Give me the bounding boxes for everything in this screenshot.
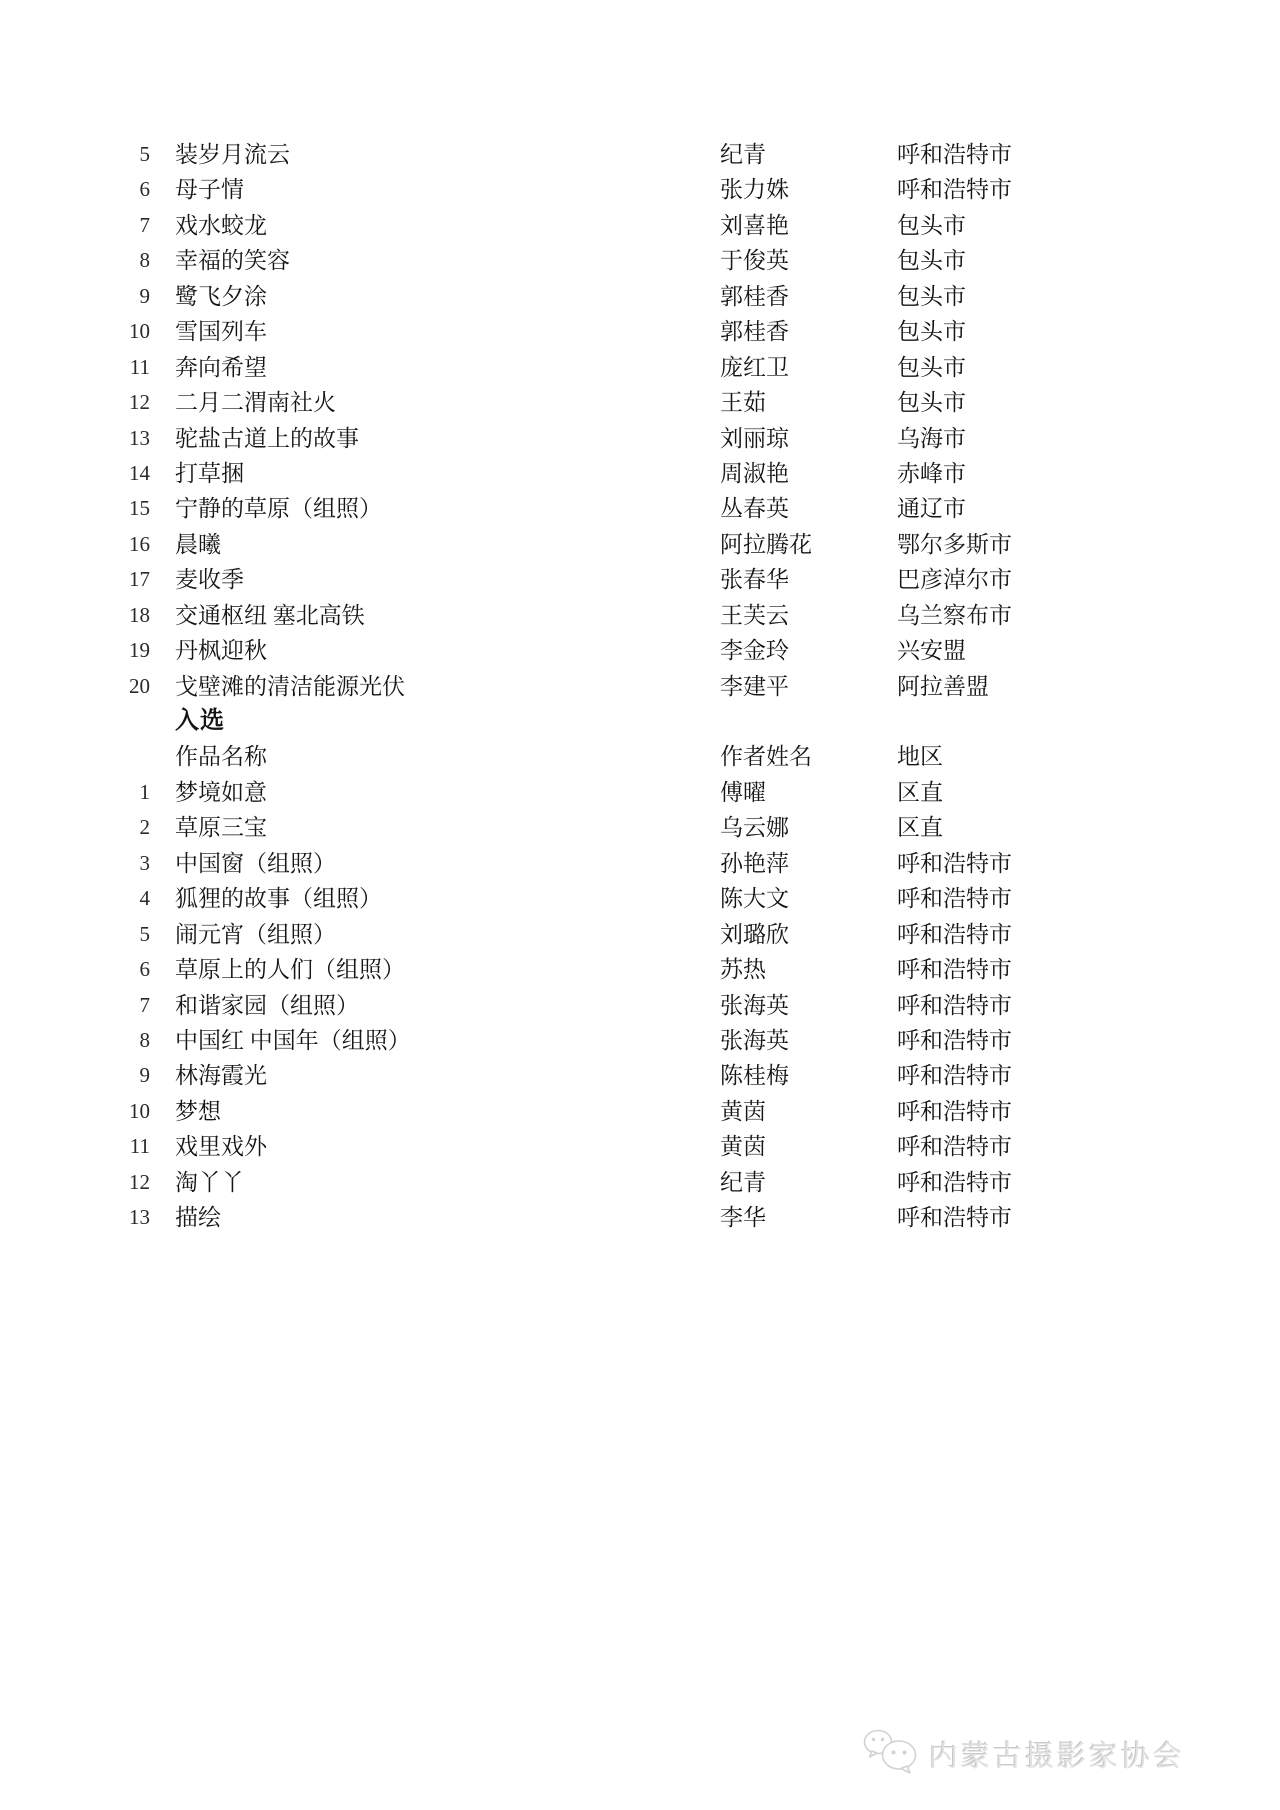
table-header-row: 作品名称 作者姓名 地区 <box>0 739 1280 774</box>
works-list-continued: 5 装岁月流云 纪青 呼和浩特市 6 母子情 张力姝 呼和浩特市 7 戏水蛟龙 … <box>0 137 1280 704</box>
region: 呼和浩特市 <box>897 172 1280 207</box>
author-name: 纪青 <box>720 137 897 172</box>
row-number: 8 <box>0 243 150 278</box>
author-name: 郭桂香 <box>720 314 897 349</box>
table-row: 10 雪国列车 郭桂香 包头市 <box>0 314 1280 349</box>
works-list-selected: 1 梦境如意 傅曜 区直 2 草原三宝 乌云娜 区直 3 中国窗（组照） 孙艳萍… <box>0 775 1280 1236</box>
author-name: 刘喜艳 <box>720 208 897 243</box>
row-number: 10 <box>0 314 150 349</box>
region: 包头市 <box>897 243 1280 278</box>
header-author-name: 作者姓名 <box>720 739 897 774</box>
author-name: 刘丽琼 <box>720 421 897 456</box>
author-name: 张力姝 <box>720 172 897 207</box>
work-title: 中国红 中国年（组照） <box>150 1023 720 1058</box>
row-number: 5 <box>0 137 150 172</box>
author-name: 纪青 <box>720 1165 897 1200</box>
work-title: 麦收季 <box>150 562 720 597</box>
work-title: 二月二渭南社火 <box>150 385 720 420</box>
table-row: 11 戏里戏外 黄茵 呼和浩特市 <box>0 1129 1280 1164</box>
table-row: 12 淘丫丫 纪青 呼和浩特市 <box>0 1165 1280 1200</box>
work-title: 林海霞光 <box>150 1058 720 1093</box>
document-page: 5 装岁月流云 纪青 呼和浩特市 6 母子情 张力姝 呼和浩特市 7 戏水蛟龙 … <box>0 0 1280 1810</box>
row-number: 14 <box>0 456 150 491</box>
author-name: 黄茵 <box>720 1094 897 1129</box>
table-row: 17 麦收季 张春华 巴彦淖尔市 <box>0 562 1280 597</box>
region: 呼和浩特市 <box>897 988 1280 1023</box>
watermark-text: 内蒙古摄影家协会 <box>929 1734 1185 1775</box>
table-row: 10 梦想 黄茵 呼和浩特市 <box>0 1094 1280 1129</box>
row-number: 11 <box>0 350 150 385</box>
row-number: 19 <box>0 633 150 668</box>
row-number: 12 <box>0 385 150 420</box>
table-row: 14 打草捆 周淑艳 赤峰市 <box>0 456 1280 491</box>
author-name: 郭桂香 <box>720 279 897 314</box>
row-number: 2 <box>0 810 150 845</box>
work-title: 闹元宵（组照） <box>150 917 720 952</box>
region: 阿拉善盟 <box>897 669 1280 704</box>
table-row: 5 装岁月流云 纪青 呼和浩特市 <box>0 137 1280 172</box>
row-number: 18 <box>0 598 150 633</box>
author-name: 陈桂梅 <box>720 1058 897 1093</box>
region: 呼和浩特市 <box>897 952 1280 987</box>
author-name: 乌云娜 <box>720 810 897 845</box>
work-title: 驼盐古道上的故事 <box>150 421 720 456</box>
section-heading-selected: 入选 <box>0 704 1280 739</box>
watermark: 内蒙古摄影家协会 <box>863 1729 1185 1780</box>
region: 区直 <box>897 810 1280 845</box>
table-row: 19 丹枫迎秋 李金玲 兴安盟 <box>0 633 1280 668</box>
region: 呼和浩特市 <box>897 1165 1280 1200</box>
work-title: 描绘 <box>150 1200 720 1235</box>
table-row: 16 晨曦 阿拉腾花 鄂尔多斯市 <box>0 527 1280 562</box>
region: 兴安盟 <box>897 633 1280 668</box>
work-title: 交通枢纽 塞北高铁 <box>150 598 720 633</box>
region: 呼和浩特市 <box>897 917 1280 952</box>
wechat-icon <box>863 1729 919 1780</box>
author-name: 李金玲 <box>720 633 897 668</box>
row-number: 7 <box>0 988 150 1023</box>
author-name: 庞红卫 <box>720 350 897 385</box>
row-number: 6 <box>0 952 150 987</box>
table-row: 13 驼盐古道上的故事 刘丽琼 乌海市 <box>0 421 1280 456</box>
region: 呼和浩特市 <box>897 846 1280 881</box>
table-row: 18 交通枢纽 塞北高铁 王芙云 乌兰察布市 <box>0 598 1280 633</box>
author-name: 于俊英 <box>720 243 897 278</box>
author-name: 张海英 <box>720 988 897 1023</box>
table-row: 9 鹭飞夕涂 郭桂香 包头市 <box>0 279 1280 314</box>
table-row: 7 和谐家园（组照） 张海英 呼和浩特市 <box>0 988 1280 1023</box>
table-row: 3 中国窗（组照） 孙艳萍 呼和浩特市 <box>0 846 1280 881</box>
table-row: 2 草原三宝 乌云娜 区直 <box>0 810 1280 845</box>
region: 呼和浩特市 <box>897 1094 1280 1129</box>
table-row: 8 幸福的笑容 于俊英 包头市 <box>0 243 1280 278</box>
author-name: 黄茵 <box>720 1129 897 1164</box>
row-number: 16 <box>0 527 150 562</box>
row-number: 3 <box>0 846 150 881</box>
table-row: 15 宁静的草原（组照） 丛春英 通辽市 <box>0 491 1280 526</box>
row-number: 12 <box>0 1165 150 1200</box>
row-number: 6 <box>0 172 150 207</box>
row-number: 9 <box>0 1058 150 1093</box>
author-name: 李建平 <box>720 669 897 704</box>
region: 呼和浩特市 <box>897 137 1280 172</box>
work-title: 梦想 <box>150 1094 720 1129</box>
row-number: 13 <box>0 1200 150 1235</box>
author-name: 李华 <box>720 1200 897 1235</box>
region: 呼和浩特市 <box>897 1129 1280 1164</box>
work-title: 晨曦 <box>150 527 720 562</box>
row-number: 13 <box>0 421 150 456</box>
table-row: 7 戏水蛟龙 刘喜艳 包头市 <box>0 208 1280 243</box>
author-name: 孙艳萍 <box>720 846 897 881</box>
region: 呼和浩特市 <box>897 1200 1280 1235</box>
table-row: 4 狐狸的故事（组照） 陈大文 呼和浩特市 <box>0 881 1280 916</box>
work-title: 母子情 <box>150 172 720 207</box>
work-title: 奔向希望 <box>150 350 720 385</box>
region: 包头市 <box>897 208 1280 243</box>
work-title: 幸福的笑容 <box>150 243 720 278</box>
author-name: 刘璐欣 <box>720 917 897 952</box>
work-title: 鹭飞夕涂 <box>150 279 720 314</box>
row-number: 17 <box>0 562 150 597</box>
row-number: 8 <box>0 1023 150 1058</box>
region: 呼和浩特市 <box>897 1058 1280 1093</box>
author-name: 丛春英 <box>720 491 897 526</box>
author-name: 陈大文 <box>720 881 897 916</box>
work-title: 装岁月流云 <box>150 137 720 172</box>
work-title: 草原上的人们（组照） <box>150 952 720 987</box>
table-row: 6 草原上的人们（组照） 苏热 呼和浩特市 <box>0 952 1280 987</box>
region: 鄂尔多斯市 <box>897 527 1280 562</box>
author-name: 苏热 <box>720 952 897 987</box>
work-title: 淘丫丫 <box>150 1165 720 1200</box>
table-row: 6 母子情 张力姝 呼和浩特市 <box>0 172 1280 207</box>
table-row: 8 中国红 中国年（组照） 张海英 呼和浩特市 <box>0 1023 1280 1058</box>
author-name: 王芙云 <box>720 598 897 633</box>
region: 包头市 <box>897 350 1280 385</box>
work-title: 戏水蛟龙 <box>150 208 720 243</box>
region: 乌海市 <box>897 421 1280 456</box>
region: 呼和浩特市 <box>897 1023 1280 1058</box>
region: 呼和浩特市 <box>897 881 1280 916</box>
work-title: 宁静的草原（组照） <box>150 491 720 526</box>
table-row: 9 林海霞光 陈桂梅 呼和浩特市 <box>0 1058 1280 1093</box>
region: 包头市 <box>897 314 1280 349</box>
row-number: 15 <box>0 491 150 526</box>
work-title: 狐狸的故事（组照） <box>150 881 720 916</box>
row-number: 7 <box>0 208 150 243</box>
region: 通辽市 <box>897 491 1280 526</box>
region: 赤峰市 <box>897 456 1280 491</box>
work-title: 草原三宝 <box>150 810 720 845</box>
work-title: 丹枫迎秋 <box>150 633 720 668</box>
region: 区直 <box>897 775 1280 810</box>
row-number: 20 <box>0 669 150 704</box>
table-row: 20 戈壁滩的清洁能源光伏 李建平 阿拉善盟 <box>0 669 1280 704</box>
work-title: 中国窗（组照） <box>150 846 720 881</box>
header-region: 地区 <box>897 739 1280 774</box>
author-name: 阿拉腾花 <box>720 527 897 562</box>
table-row: 1 梦境如意 傅曜 区直 <box>0 775 1280 810</box>
table-row: 5 闹元宵（组照） 刘璐欣 呼和浩特市 <box>0 917 1280 952</box>
document-content: 5 装岁月流云 纪青 呼和浩特市 6 母子情 张力姝 呼和浩特市 7 戏水蛟龙 … <box>0 137 1280 1236</box>
row-number: 11 <box>0 1129 150 1164</box>
header-number <box>0 739 150 774</box>
author-name: 王茹 <box>720 385 897 420</box>
row-number: 4 <box>0 881 150 916</box>
region: 包头市 <box>897 385 1280 420</box>
region: 包头市 <box>897 279 1280 314</box>
row-number: 5 <box>0 917 150 952</box>
region: 乌兰察布市 <box>897 598 1280 633</box>
work-title: 戈壁滩的清洁能源光伏 <box>150 669 720 704</box>
work-title: 和谐家园（组照） <box>150 988 720 1023</box>
row-number: 1 <box>0 775 150 810</box>
author-name: 张春华 <box>720 562 897 597</box>
work-title: 雪国列车 <box>150 314 720 349</box>
region: 巴彦淖尔市 <box>897 562 1280 597</box>
author-name: 傅曜 <box>720 775 897 810</box>
work-title: 打草捆 <box>150 456 720 491</box>
table-row: 11 奔向希望 庞红卫 包头市 <box>0 350 1280 385</box>
row-number: 10 <box>0 1094 150 1129</box>
header-work-title: 作品名称 <box>150 739 720 774</box>
author-name: 张海英 <box>720 1023 897 1058</box>
table-row: 12 二月二渭南社火 王茹 包头市 <box>0 385 1280 420</box>
work-title: 梦境如意 <box>150 775 720 810</box>
work-title: 戏里戏外 <box>150 1129 720 1164</box>
row-number: 9 <box>0 279 150 314</box>
table-row: 13 描绘 李华 呼和浩特市 <box>0 1200 1280 1235</box>
author-name: 周淑艳 <box>720 456 897 491</box>
